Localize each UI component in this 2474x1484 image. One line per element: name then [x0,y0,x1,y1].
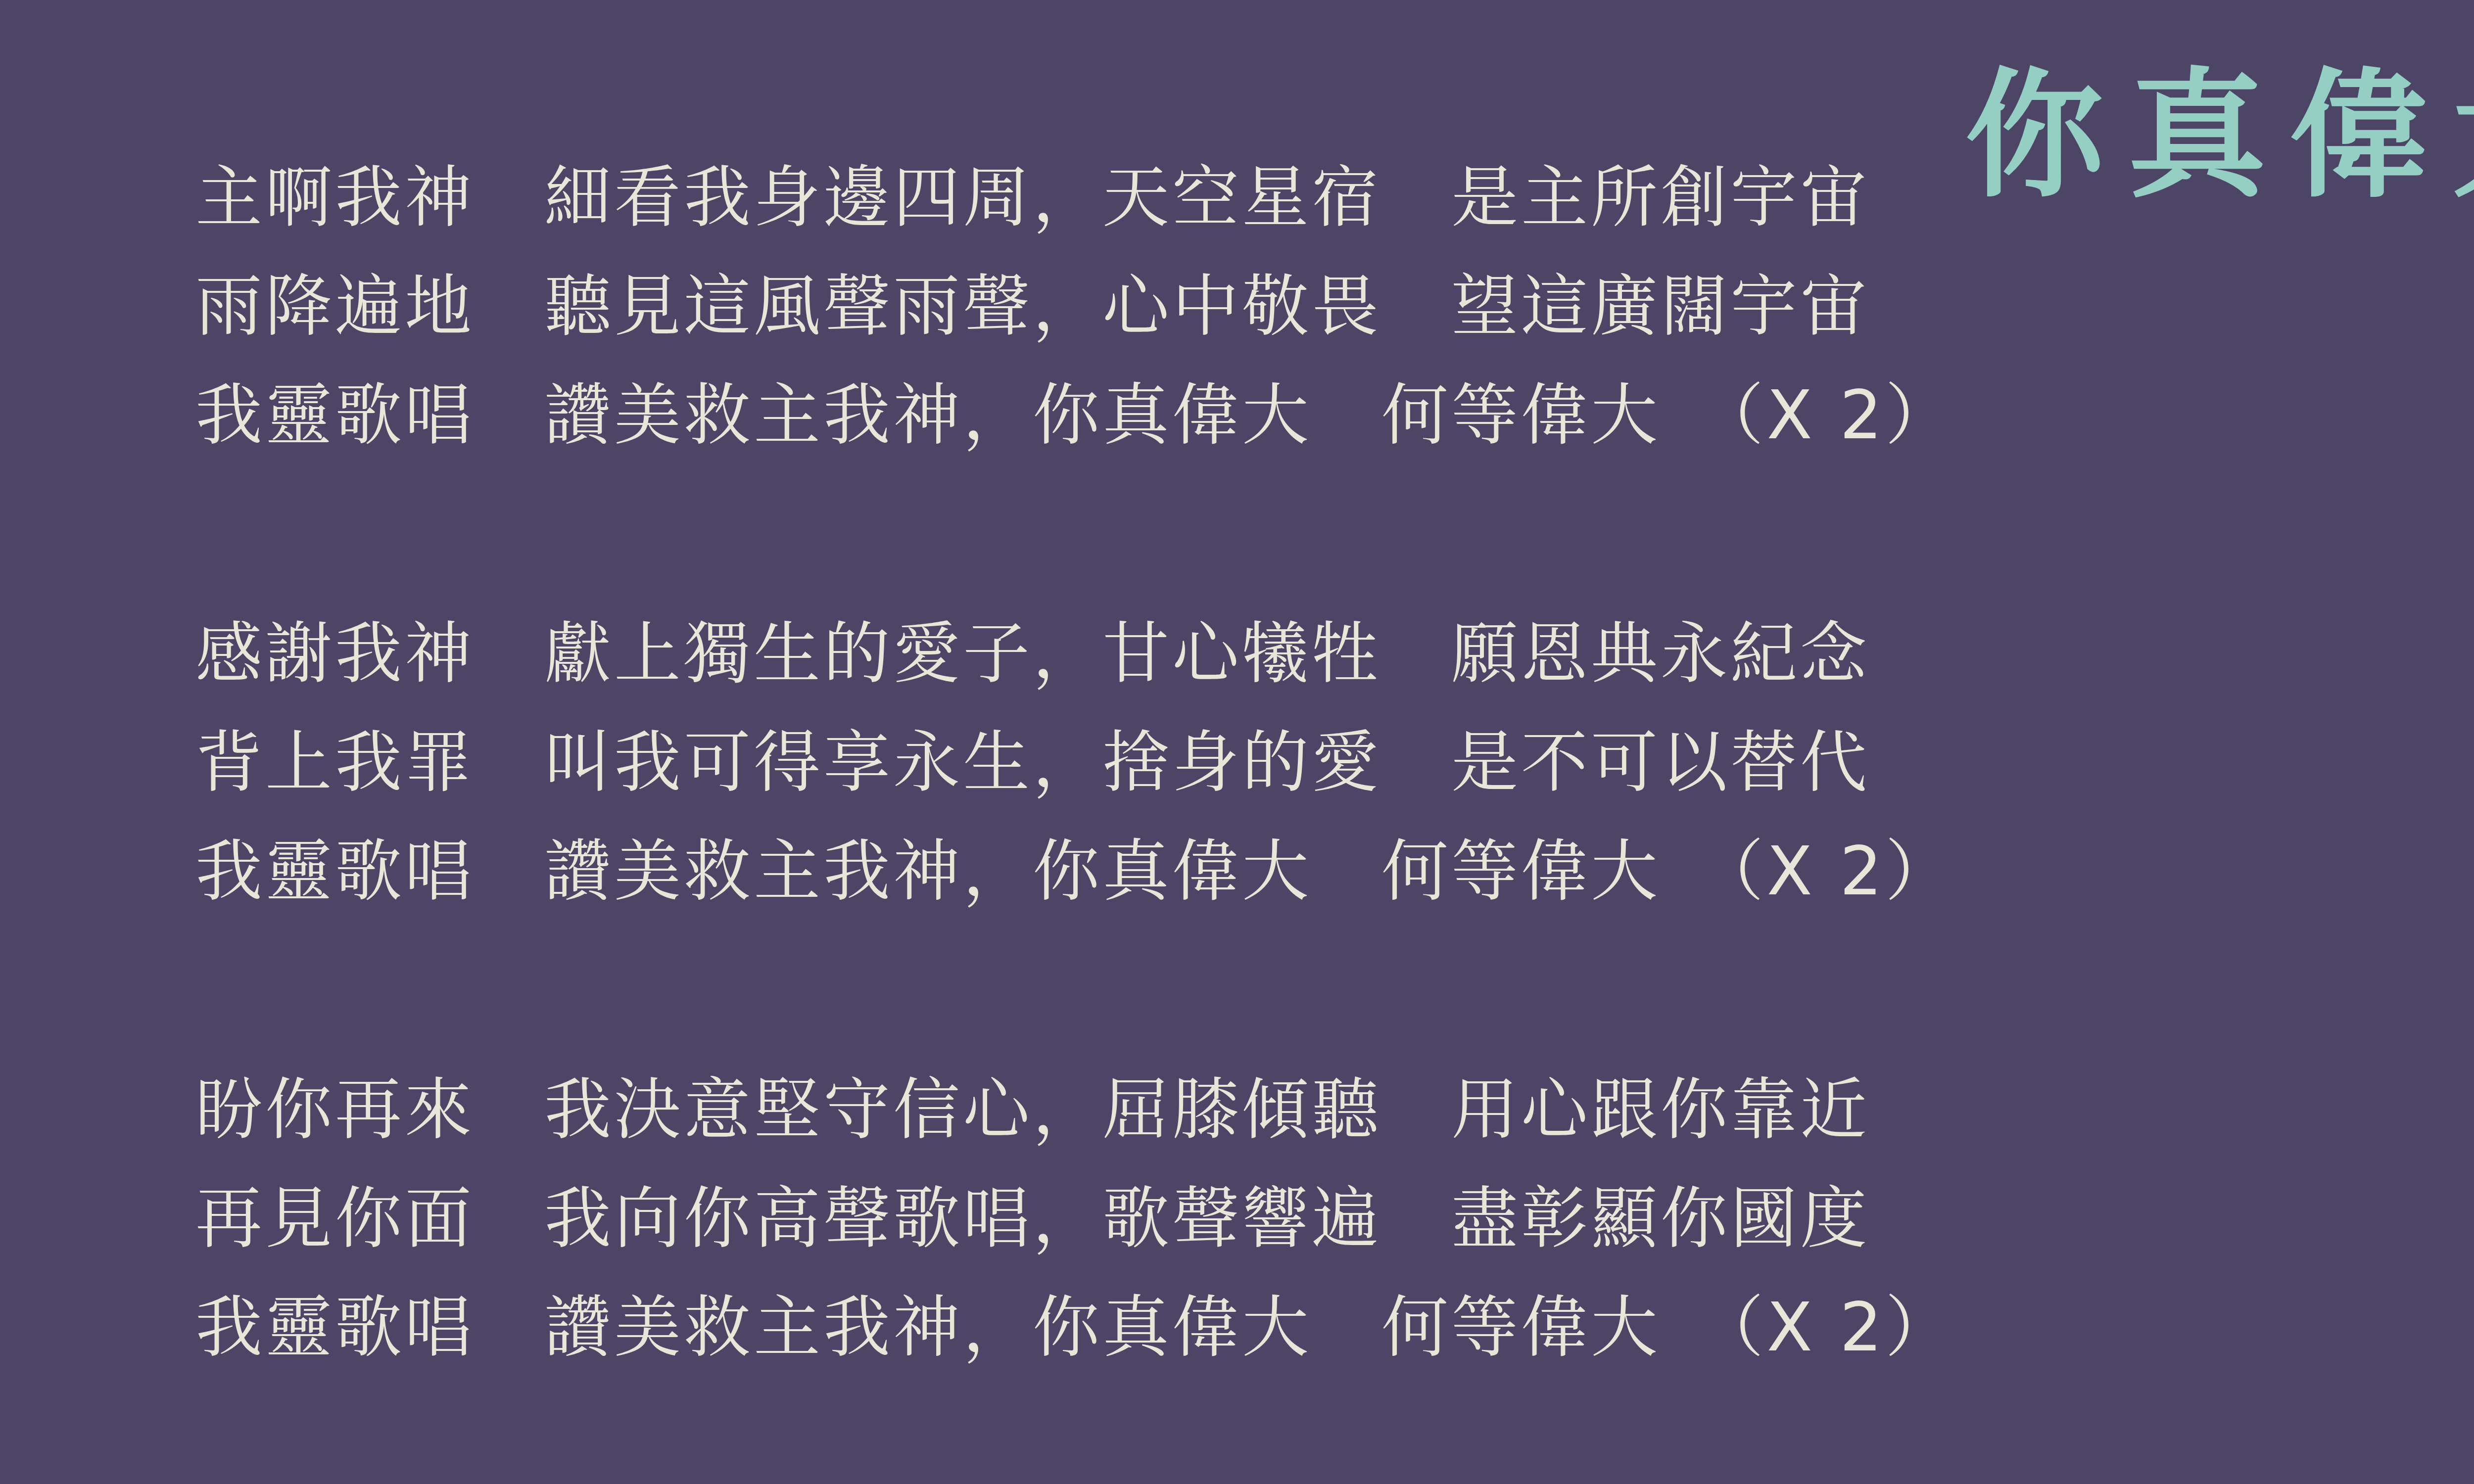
stanza-2: 感謝我神 獻上獨生的愛子，甘心犧牲 願恩典永紀念 背上我罪 叫我可得享永生，捨身… [195,600,1955,926]
lyric-line: 背上我罪 叫我可得享永生，捨身的愛 是不可以替代 [195,708,1955,817]
lyric-line: 主啊我神 細看我身邊四周，天空星宿 是主所創宇宙 [195,143,1955,252]
lyric-line: 雨降遍地 聽見這風聲雨聲，心中敬畏 望這廣闊宇宙 [195,252,1955,361]
lyric-line: 感謝我神 獻上獨生的愛子，甘心犧牲 願恩典永紀念 [195,600,1955,708]
lyric-line: 我靈歌唱 讚美救主我神，你真偉大 何等偉大 （X 2） [195,361,1955,470]
stanza-3: 盼你再來 我決意堅守信心，屈膝傾聽 用心跟你靠近 再見你面 我向你高聲歌唱，歌聲… [195,1056,1955,1382]
lyric-line: 我靈歌唱 讚美救主我神，你真偉大 何等偉大 （X 2） [195,1273,1955,1382]
lyric-line: 我靈歌唱 讚美救主我神，你真偉大 何等偉大 （X 2） [195,817,1955,926]
lyric-line: 再見你面 我向你高聲歌唱，歌聲響遍 盡彰顯你國度 [195,1164,1955,1273]
stanza-1: 主啊我神 細看我身邊四周，天空星宿 是主所創宇宙 雨降遍地 聽見這風聲雨聲，心中… [195,143,1955,470]
lyrics-slide: 你真偉大 主啊我神 細看我身邊四周，天空星宿 是主所創宇宙 雨降遍地 聽見這風聲… [0,0,2474,1484]
lyric-line: 盼你再來 我決意堅守信心，屈膝傾聽 用心跟你靠近 [195,1056,1955,1164]
lyrics-block: 主啊我神 細看我身邊四周，天空星宿 是主所創宇宙 雨降遍地 聽見這風聲雨聲，心中… [195,143,1955,1382]
slide-title: 你真偉大 [1965,67,2474,205]
